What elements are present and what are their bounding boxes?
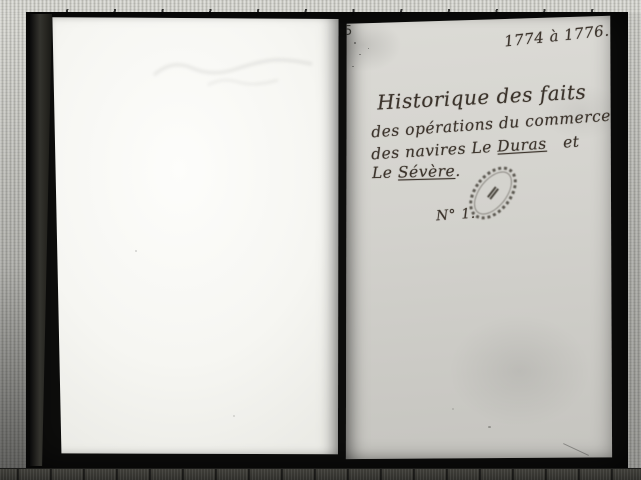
title-line3-post: et: [557, 133, 580, 152]
title-line3-pre: des navires Le: [371, 138, 498, 164]
paper-speck: [354, 42, 356, 44]
ink-showthrough: [148, 47, 318, 92]
paper-speck: [359, 54, 361, 55]
scanner-backing-right: [628, 13, 641, 468]
ship-name-severe: Sévère: [398, 162, 456, 181]
title-line-1: Historique des faits: [377, 80, 587, 115]
title-line4-pre: Le: [372, 163, 398, 182]
ship-name-duras: Duras: [497, 135, 548, 156]
scanner-backing-bottom: [0, 468, 641, 480]
paper-scratch: [563, 443, 589, 456]
title-line-4: Le Sévère.: [372, 162, 461, 182]
paper-speck: [488, 426, 491, 428]
paper-speck: [233, 415, 235, 417]
scanner-backing-left: [0, 13, 26, 468]
paper-speck: [452, 408, 454, 410]
paper-speck: [135, 250, 137, 252]
right-title-page: 1774 à 1776. 1 Historique des faits des …: [344, 14, 614, 460]
left-blank-page: [48, 15, 340, 456]
manuscript-scan: 1774 à 1776. 1 Historique des faits des …: [0, 0, 641, 480]
binding-stitches: [40, 9, 615, 16]
item-number-annotation: N° 1.: [435, 206, 476, 225]
title-line4-post: .: [455, 162, 461, 180]
paper-speck: [368, 48, 369, 49]
paper-speck: [352, 66, 354, 67]
